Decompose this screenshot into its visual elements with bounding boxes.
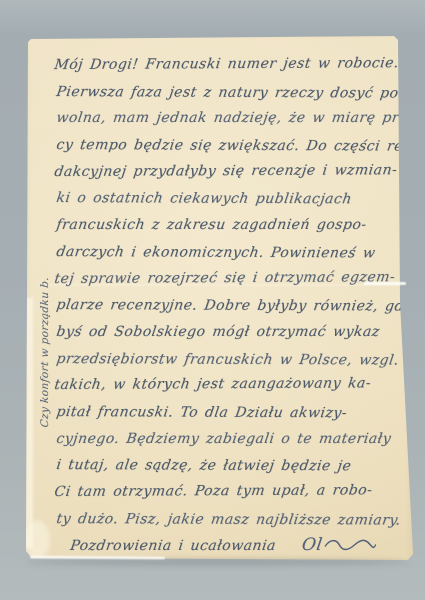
handwritten-line: Mój Drogi! Francuski numer jest w roboci… bbox=[53, 50, 411, 79]
handwritten-line: takich, w których jest zaangażowany ka- bbox=[53, 370, 411, 399]
margin-note: Czy konfort w porządku b. bbox=[31, 266, 59, 429]
letter-body: Mój Drogi! Francuski numer jest w roboci… bbox=[56, 52, 408, 559]
letter-page: Mój Drogi! Francuski numer jest w roboci… bbox=[18, 28, 420, 570]
handwritten-line: dakcyjnej przydałyby się recenzje i wzmi… bbox=[53, 157, 411, 186]
handwritten-line: plarze recenzyjne. Dobre byłyby również,… bbox=[54, 292, 410, 320]
handwritten-line: pitał francuski. To dla Działu akwizy- bbox=[54, 399, 410, 427]
handwritten-line: Pierwsza faza jest z natury rzeczy dosyć… bbox=[54, 79, 410, 107]
handwritten-line: cy tempo będzie się zwiększać. Do części… bbox=[54, 132, 410, 160]
scan-background: Mój Drogi! Francuski numer jest w roboci… bbox=[0, 0, 425, 600]
handwritten-line: cyjnego. Będziemy zabiegali o te materia… bbox=[54, 426, 410, 453]
worn-bottom-left-corner bbox=[24, 520, 50, 560]
handwritten-line: i tutaj, ale sądzę, że łatwiej będzie je bbox=[54, 452, 410, 480]
handwritten-line: ty dużo. Pisz, jakie masz najbliższe zam… bbox=[54, 506, 410, 534]
handwritten-line: darczych i ekonomicznych. Powinieneś w bbox=[54, 239, 410, 267]
handwritten-line: ki o ostatnich ciekawych publikacjach bbox=[54, 185, 410, 213]
handwritten-line: francuskich z zakresu zagadnień gospo- bbox=[54, 212, 410, 239]
scan-edge-artifact bbox=[30, 556, 165, 560]
closing-line: Pozdrowienia i ucałowania Ol bbox=[54, 532, 410, 559]
white-scratch bbox=[364, 282, 406, 285]
handwritten-line: wolna, mam jednak nadzieję, że w miarę p… bbox=[54, 105, 410, 132]
signature-flourish bbox=[323, 538, 377, 554]
signature: Ol bbox=[300, 532, 324, 559]
handwritten-line: byś od Sobolskiego mógł otrzymać wykaz bbox=[54, 319, 410, 346]
handwritten-line: Ci tam otrzymać. Poza tym upał, a robo- bbox=[53, 477, 411, 506]
paper-shadow bbox=[26, 559, 408, 565]
handwritten-line: tej sprawie rozejrzeć się i otrzymać egz… bbox=[53, 264, 411, 293]
